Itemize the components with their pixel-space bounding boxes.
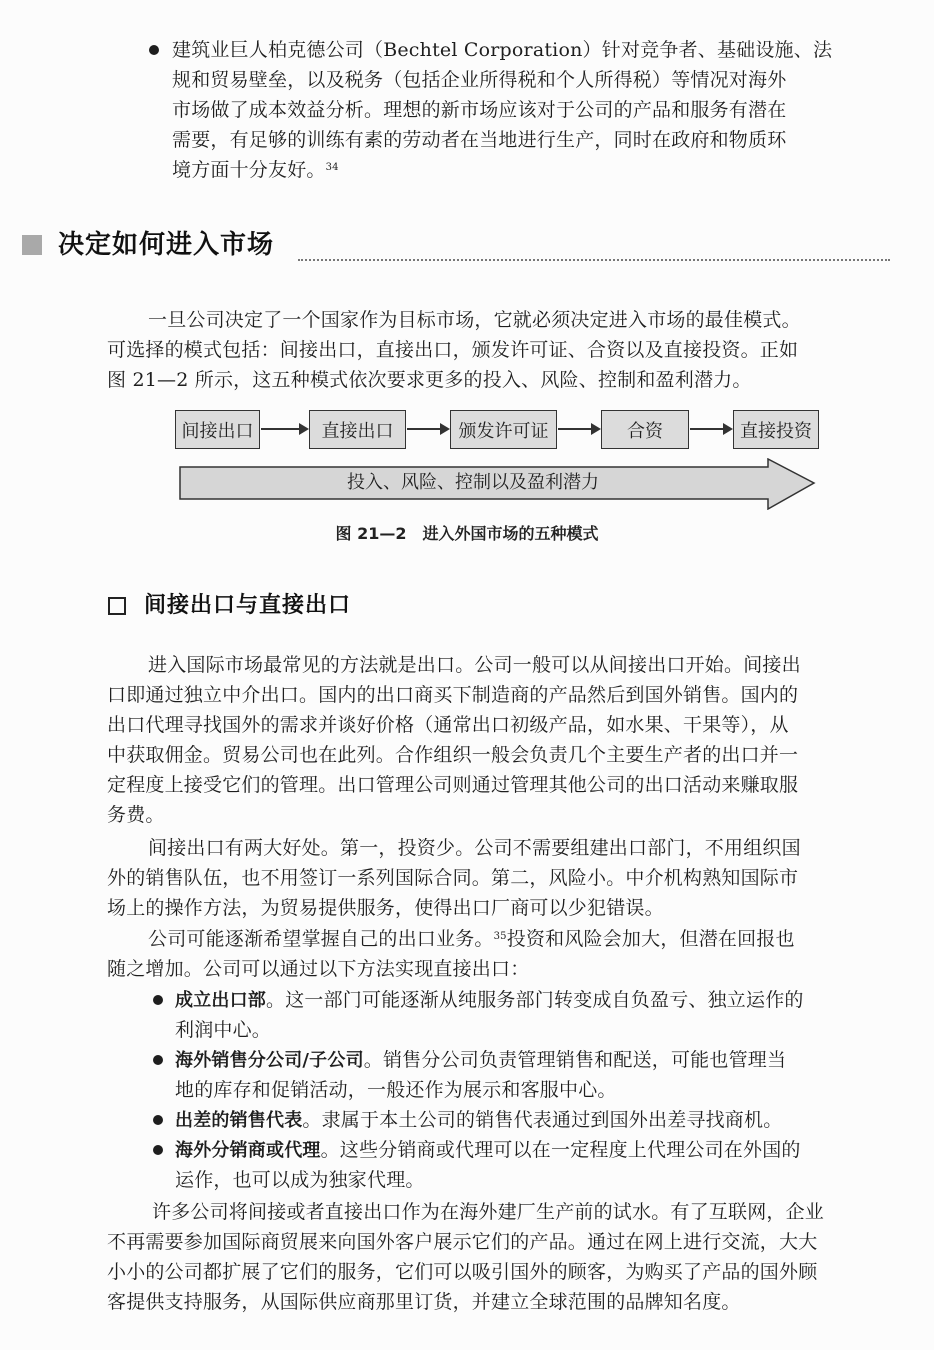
bullet-term: 海外分销商或代理 — [175, 1140, 321, 1161]
bullet-icon — [153, 995, 163, 1005]
para2-line: 场上的操作方法，为贸易提供服务，使得出口厂商可以少犯错误。 — [107, 896, 664, 920]
top-bullet-line-last: 境方面十分友好。34 — [172, 158, 339, 182]
subsection-title: 间接出口与直接出口 — [144, 590, 351, 622]
bullet-cont: 利润中心。 — [175, 1018, 271, 1042]
bullet-cont: 地的库存和促销活动，一般还作为展示和客服中心。 — [175, 1078, 617, 1102]
bullet-cont: 运作，也可以成为独家代理。 — [175, 1168, 425, 1192]
bullet-icon — [153, 1115, 163, 1125]
flow-arrow-icon — [261, 428, 307, 430]
intro-line: 可选择的模式包括：间接出口，直接出口，颁发许可证、合资以及直接投资。正如 — [107, 338, 798, 362]
para2-line: 间接出口有两大好处。第一，投资少。公司不需要组建出口部门，不用组织国 — [148, 836, 801, 860]
para3-line: 随之增加。公司可以通过以下方法实现直接出口： — [107, 957, 529, 981]
mode-box-indirect-export: 间接出口 — [175, 410, 260, 449]
para1-line: 出口代理寻找国外的需求并谈好价格（通常出口初级产品，如水果、干果等），从 — [107, 713, 789, 737]
para3-line: 公司可能逐渐希望掌握自己的出口业务。35投资和风险会加大，但潜在回报也 — [148, 927, 795, 951]
text: 公司可能逐渐希望掌握自己的出口业务。 — [148, 928, 494, 950]
bullet-term: 出差的销售代表 — [175, 1110, 302, 1131]
para1-line: 定程度上接受它们的管理。出口管理公司则通过管理其他公司的出口活动来赚取服 — [107, 773, 798, 797]
top-bullet-line: 建筑业巨人柏克德公司（Bechtel Corporation）针对竞争者、基础设… — [172, 38, 832, 62]
para1-line: 进入国际市场最常见的方法就是出口。公司一般可以从间接出口开始。间接出 — [148, 653, 801, 677]
top-bullet-line: 需要，有足够的训练有素的劳动者在当地进行生产，同时在政府和物质环 — [172, 128, 786, 152]
text: 境方面十分友好。 — [172, 159, 326, 181]
para4-line: 小小的公司都扩展了它们的服务，它们可以吸引国外的顾客，为购买了产品的国外顾 — [107, 1260, 817, 1284]
para1-line: 口即通过独立中介出口。国内的出口商买下制造商的产品然后到国外销售。国内的 — [107, 683, 798, 707]
bullet-term: 成立出口部 — [175, 990, 266, 1011]
big-arrow-label: 投入、风险、控制以及盈利潜力 — [178, 470, 768, 496]
bullet-icon — [153, 1055, 163, 1065]
footnote-ref[interactable]: 35 — [494, 931, 507, 942]
text: 投资和风险会加大，但潜在回报也 — [507, 928, 795, 950]
bullet-item-sales-branch: 海外销售分公司/子公司。销售分公司负责管理销售和配送，可能也管理当 — [175, 1048, 786, 1073]
bullet-text: 。这一部门可能逐渐从纯服务部门转变成自负盈亏、独立运作的 — [266, 989, 804, 1011]
mode-box-direct-investment: 直接投资 — [733, 410, 819, 449]
section-marker-icon — [22, 235, 42, 255]
bullet-item-export-dept: 成立出口部。这一部门可能逐渐从纯服务部门转变成自负盈亏、独立运作的 — [175, 988, 804, 1013]
para2-line: 外的销售队伍，也不用签订一系列国际合同。第二，风险小。中介机构熟知国际市 — [107, 866, 798, 890]
para4-line: 客提供支持服务，从国际供应商那里订货，并建立全球范围的品牌知名度。 — [107, 1290, 741, 1314]
subsection-marker-icon — [108, 597, 126, 615]
section-title: 决定如何进入市场 — [58, 227, 274, 263]
bullet-icon — [149, 45, 159, 55]
section-dotted-rule — [298, 259, 890, 261]
flow-arrow-icon — [690, 428, 731, 430]
top-bullet-line: 规和贸易壁垒，以及税务（包括企业所得税和个人所得税）等情况对海外 — [172, 68, 786, 92]
top-bullet-line: 市场做了成本效益分析。理想的新市场应该对于公司的产品和服务有潜在 — [172, 98, 786, 122]
para1-line: 务费。 — [107, 803, 165, 827]
para1-line: 中获取佣金。贸易公司也在此列。合作组织一般会负责几个主要生产者的出口并一 — [107, 743, 798, 767]
intro-line: 一旦公司决定了一个国家作为目标市场，它就必须决定进入市场的最佳模式。 — [148, 308, 801, 332]
para4-line: 不再需要参加国际商贸展来向国外客户展示它们的产品。通过在网上进行交流，大大 — [107, 1230, 817, 1254]
figure-caption: 图 21—2 进入外国市场的五种模式 — [0, 522, 934, 546]
footnote-ref[interactable]: 34 — [326, 162, 339, 173]
bullet-icon — [153, 1145, 163, 1155]
mode-box-joint-venture: 合资 — [601, 410, 689, 449]
bullet-text: 。销售分公司负责管理销售和配送，可能也管理当 — [364, 1049, 786, 1071]
bullet-item-traveling-reps: 出差的销售代表。隶属于本土公司的销售代表通过到国外出差寻找商机。 — [175, 1108, 782, 1133]
bullet-text: 。这些分销商或代理可以在一定程度上代理公司在外国的 — [321, 1139, 801, 1161]
bullet-item-distributors: 海外分销商或代理。这些分销商或代理可以在一定程度上代理公司在外国的 — [175, 1138, 801, 1163]
mode-box-direct-export: 直接出口 — [309, 410, 406, 449]
flow-arrow-icon — [558, 428, 599, 430]
para4-line: 许多公司将间接或者直接出口作为在海外建厂生产前的试水。有了互联网，企业 — [152, 1200, 824, 1224]
bullet-term: 海外销售分公司/子公司 — [175, 1050, 364, 1071]
flow-arrow-icon — [407, 428, 448, 430]
mode-box-licensing: 颁发许可证 — [450, 410, 557, 449]
intro-line: 图 21—2 所示，这五种模式依次要求更多的投入、风险、控制和盈利潜力。 — [107, 368, 752, 392]
bullet-text: 。隶属于本土公司的销售代表通过到国外出差寻找商机。 — [302, 1109, 782, 1131]
